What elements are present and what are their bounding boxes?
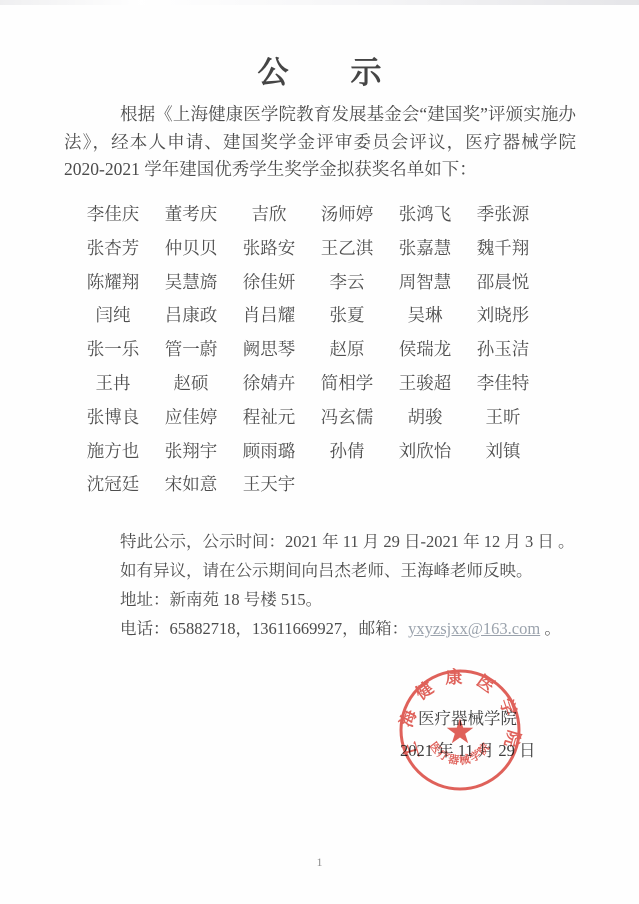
awardee-name: 陈耀翔	[74, 266, 152, 300]
notice-line-contact: 电话：65882718，13611669927，邮箱：yxyzsjxx@163.…	[64, 614, 586, 643]
awardee-name: 吕康政	[152, 299, 230, 333]
awardee-name: 侯瑞龙	[386, 333, 464, 367]
awardee-name: 孙倩	[308, 435, 386, 469]
awardee-name: 仲贝贝	[152, 232, 230, 266]
awardee-name: 张鸿飞	[386, 198, 464, 232]
awardee-name: 吴琳	[386, 299, 464, 333]
awardee-name: 简相学	[308, 367, 386, 401]
awardee-name: 张一乐	[74, 333, 152, 367]
awardee-name: 王冉	[74, 367, 152, 401]
announcement-page: 公 示 根据《上海健康医学院教育发展基金会“建国奖”评颁实施办法》，经本人申请、…	[0, 0, 639, 904]
awardee-name: 王乙淇	[308, 232, 386, 266]
awardee-name: 赵原	[308, 333, 386, 367]
awardee-name: 李云	[308, 266, 386, 300]
awardee-name: 张博良	[74, 401, 152, 435]
empty-cell	[464, 468, 542, 502]
awardee-name: 张翔宇	[152, 435, 230, 469]
awardee-name: 应佳婷	[152, 401, 230, 435]
intro-paragraph: 根据《上海健康医学院教育发展基金会“建国奖”评颁实施办法》，经本人申请、建国奖学…	[64, 101, 576, 184]
notice-line-objection: 如有异议，请在公示期间向吕杰老师、王海峰老师反映。	[64, 556, 586, 585]
email-link[interactable]: yxyzsjxx@163.com	[408, 619, 540, 638]
awardee-name: 王昕	[464, 401, 542, 435]
awardee-name: 吴慧旖	[152, 266, 230, 300]
awardee-name: 董考庆	[152, 198, 230, 232]
signature-date: 2021 年 11 月 29 日	[400, 737, 536, 761]
awardee-name: 周智慧	[386, 266, 464, 300]
awardee-name: 王天宇	[230, 468, 308, 502]
notice-block: 特此公示，公示时间：2021 年 11 月 29 日-2021 年 12 月 3…	[64, 527, 586, 643]
empty-cell	[386, 468, 464, 502]
awardee-name: 管一蔚	[152, 333, 230, 367]
awardee-name: 程祉元	[230, 401, 308, 435]
awardee-name: 宋如意	[152, 468, 230, 502]
awardee-name: 赵硕	[152, 367, 230, 401]
awardee-name: 吉欣	[230, 198, 308, 232]
awardee-name: 李佳特	[464, 367, 542, 401]
awardee-name: 闫纯	[74, 299, 152, 333]
awardee-name: 顾雨璐	[230, 435, 308, 469]
notice-line-publicity-period: 特此公示，公示时间：2021 年 11 月 29 日-2021 年 12 月 3…	[64, 527, 586, 556]
awardee-name: 季张源	[464, 198, 542, 232]
awardee-name: 施方也	[74, 435, 152, 469]
awardee-name: 邵晨悦	[464, 266, 542, 300]
awardee-name: 汤师婷	[308, 198, 386, 232]
awardee-name: 刘晓彤	[464, 299, 542, 333]
awardee-name: 徐婧卉	[230, 367, 308, 401]
scan-edge-artifact	[0, 0, 639, 5]
awardee-name: 冯玄儒	[308, 401, 386, 435]
official-seal: 上海健康医学院 医疗器械学院	[396, 666, 524, 794]
awardee-name: 王骏超	[386, 367, 464, 401]
awardee-name: 沈冠廷	[74, 468, 152, 502]
page-number: 1	[0, 855, 639, 870]
awardee-name: 徐佳妍	[230, 266, 308, 300]
awardee-name: 张嘉慧	[386, 232, 464, 266]
seal-ring	[401, 671, 519, 789]
awardee-name: 李佳庆	[74, 198, 152, 232]
contact-suffix: 。	[540, 619, 561, 638]
awardee-name: 阙思琴	[230, 333, 308, 367]
signature-org: 医疗器械学院	[418, 705, 517, 729]
awardee-name-grid: 李佳庆董考庆吉欣汤师婷张鸿飞季张源张杏芳仲贝贝张路安王乙淇张嘉慧魏千翔陈耀翔吴慧…	[74, 198, 542, 502]
awardee-name: 张夏	[308, 299, 386, 333]
awardee-name: 刘镇	[464, 435, 542, 469]
page-title: 公 示	[0, 47, 639, 92]
awardee-name: 魏千翔	[464, 232, 542, 266]
awardee-name: 张杏芳	[74, 232, 152, 266]
contact-prefix: 电话：65882718，13611669927，邮箱：	[120, 619, 408, 638]
awardee-name: 胡骏	[386, 401, 464, 435]
awardee-name: 肖吕耀	[230, 299, 308, 333]
awardee-name: 孙玉洁	[464, 333, 542, 367]
awardee-name: 张路安	[230, 232, 308, 266]
awardee-name: 刘欣怡	[386, 435, 464, 469]
empty-cell	[308, 468, 386, 502]
notice-line-address: 地址：新南苑 18 号楼 515。	[64, 585, 586, 614]
